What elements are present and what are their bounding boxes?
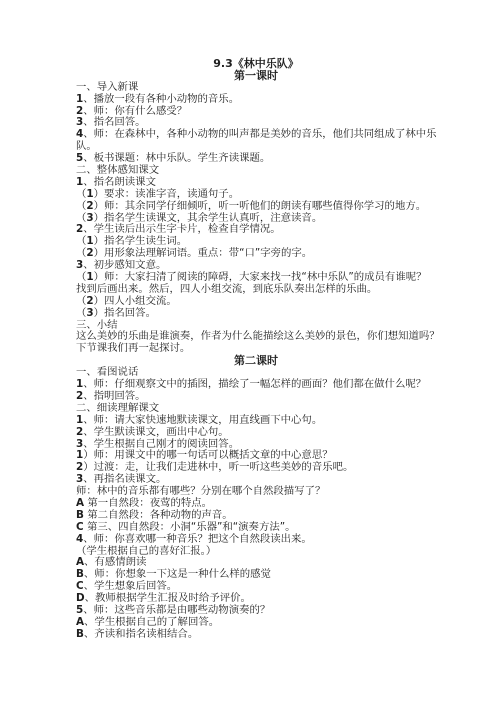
doc-line: 1、指名朗读课文 bbox=[76, 177, 436, 189]
doc-line: 2、学生默读课文，画出中心句。 bbox=[76, 427, 436, 439]
doc-line: C 第三、四自然段：小洞“乐器”和“演奏方法”。 bbox=[76, 522, 436, 534]
doc-line: 1、播放一段有各种小动物的音乐。 bbox=[76, 94, 436, 106]
doc-line: 一、导入新课 bbox=[76, 82, 436, 94]
doc-line: （3）指名回答。 bbox=[76, 308, 436, 320]
doc-line: B、齐读和指名读相结合。 bbox=[76, 629, 436, 641]
doc-line: B 第二自然段：各种动物的声音。 bbox=[76, 510, 436, 522]
doc-line: 4、师：在森林中，各种小动物的叫声都是美妙的音乐，他们共同组成了林中乐 bbox=[76, 129, 436, 141]
doc-line: （2）四人小组交流。 bbox=[76, 296, 436, 308]
doc-line: A、学生根据自己的了解回答。 bbox=[76, 617, 436, 629]
lesson-plan-page: 9.3《林中乐队》第一课时一、导入新课1、播放一段有各种小动物的音乐。2、师：你… bbox=[0, 0, 500, 707]
doc-line: 二、细读理解课文 bbox=[76, 403, 436, 415]
document-body: 9.3《林中乐队》第一课时一、导入新课1、播放一段有各种小动物的音乐。2、师：你… bbox=[76, 58, 436, 641]
doc-heading: 第一课时 bbox=[76, 70, 436, 82]
doc-line: 4、师：你喜欢哪一种音乐？把这个自然段读出来。 bbox=[76, 534, 436, 546]
doc-line: 1、师：请大家快速地默读课文，用直线画下中心句。 bbox=[76, 415, 436, 427]
doc-line: （2）师：其余同学仔细倾听，听一听他们的朗读有哪些值得你学习的地方。 bbox=[76, 201, 436, 213]
doc-line: （1）要求：读准字音，读通句子。 bbox=[76, 189, 436, 201]
